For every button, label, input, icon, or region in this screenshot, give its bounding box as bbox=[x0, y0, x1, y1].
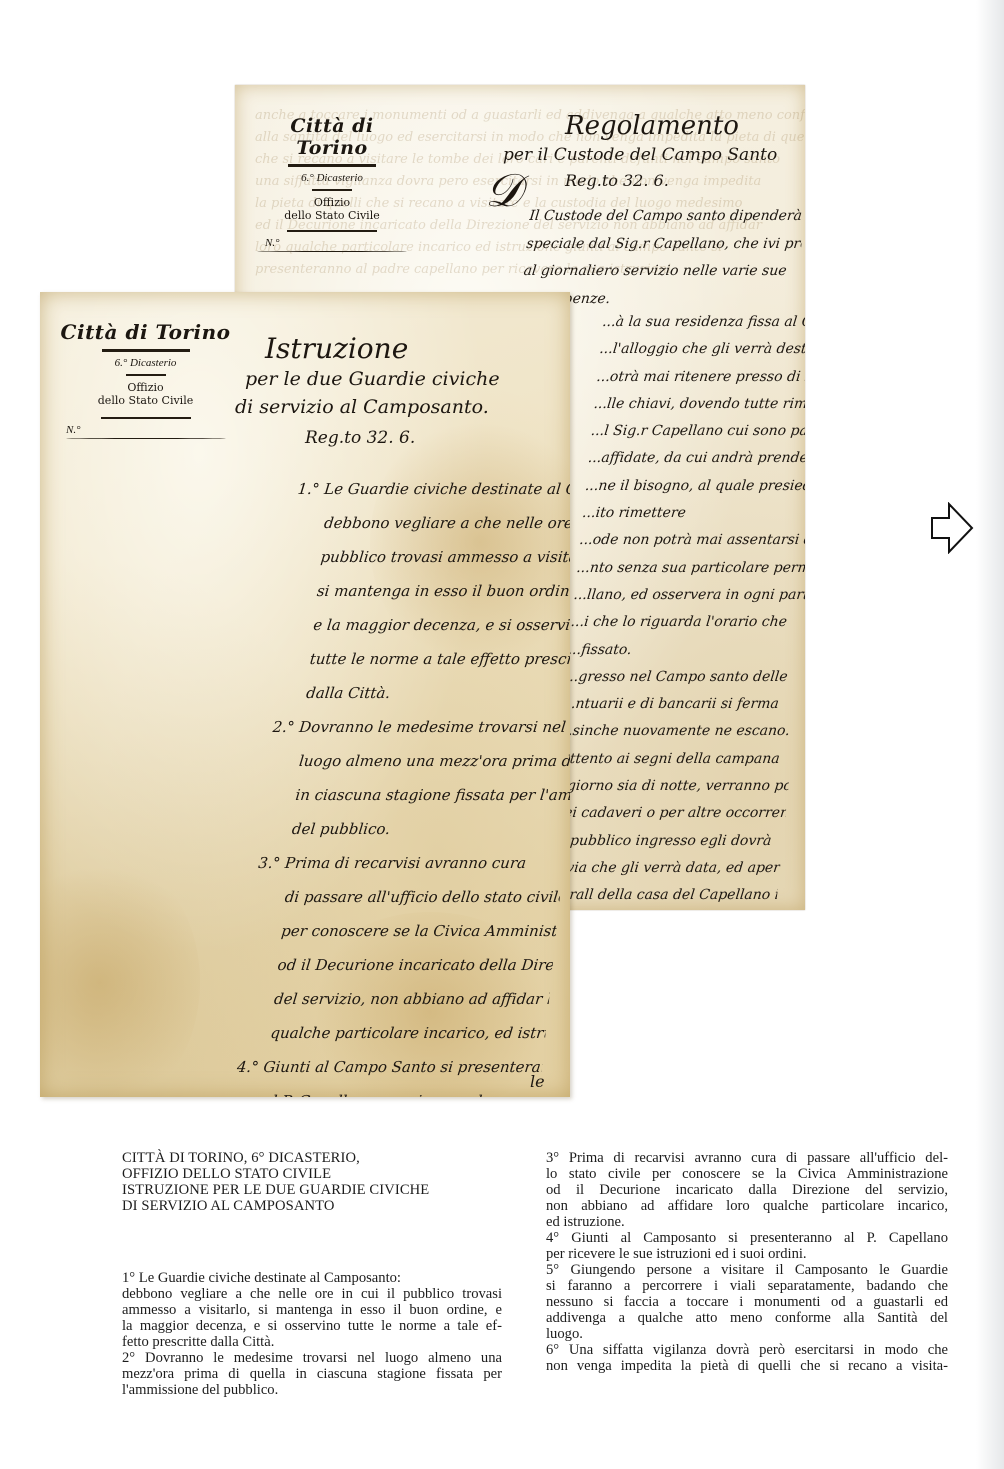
manuscript-line: qualche particolare incarico, ed istruzi… bbox=[239, 1016, 548, 1050]
caption-line: od il Decurione incaricato dalla Direzio… bbox=[546, 1182, 948, 1198]
manuscript-line: ...ei cadaveri o per altre occorrenze. bbox=[549, 800, 787, 827]
arrow-right-icon[interactable] bbox=[930, 502, 974, 554]
letterhead-city: Città di Torino bbox=[58, 320, 233, 344]
manuscript-subtitle-line2: di servizio al Camposanto. bbox=[235, 396, 489, 418]
letterhead-office-line1: Offizio bbox=[257, 196, 407, 209]
caption-line: mezz'ora prima di quella in ciascuna sta… bbox=[122, 1366, 502, 1382]
paper-stain bbox=[40, 852, 200, 1097]
letterhead-number-label: N.° bbox=[58, 424, 233, 436]
letterhead-rule bbox=[312, 189, 352, 191]
manuscript-line: ...à la sua residenza fissa al Campo bbox=[601, 309, 805, 336]
manuscript-line: debbono vegliare a che nelle ore in cui … bbox=[292, 506, 570, 540]
manuscript-subtitle: per il Custode del Campo Santo bbox=[503, 145, 777, 165]
letterhead-rule bbox=[101, 417, 191, 419]
manuscript-title: Regolamento bbox=[565, 111, 739, 141]
manuscript-line: ...giorno sia di notte, verranno portati bbox=[552, 773, 790, 800]
manuscript-line: Il Custode del Campo santo dipenderà in … bbox=[528, 203, 805, 231]
manuscript-line: di passare all'ufficio dello stato civil… bbox=[253, 880, 562, 914]
manuscript-line: ...ttento ai segni della campana bbox=[555, 746, 793, 773]
manuscript-line: ...l Sig.r Capellano cui sono partico- bbox=[589, 418, 805, 445]
manuscript-line: ...llano, ed osservera in ogni parte bbox=[572, 582, 805, 609]
letterhead-rule bbox=[257, 251, 407, 252]
letterhead-city: Città di Torino bbox=[257, 115, 407, 159]
manuscript-line: ...ito rimettere bbox=[581, 500, 805, 527]
manuscript-line: ...sinche nuovamente ne escano. bbox=[558, 718, 796, 745]
manuscript-line: ...otrà mai ritenere presso di se bbox=[595, 364, 805, 391]
manuscript-line: 3.° Prima di recarvisi avranno cura bbox=[257, 846, 566, 880]
manuscript-line: in ciascuna stagione fissata per l'ammis… bbox=[264, 778, 570, 812]
manuscript-line: ...ntuarii e di bancarii si ferma bbox=[561, 691, 799, 718]
caption-line: l'ammissione del pubblico. bbox=[122, 1382, 502, 1398]
caption-line: 3° Prima di recarvisi avranno cura di pa… bbox=[546, 1150, 948, 1166]
caption-line: 4° Giunti al Camposanto si presenteranno… bbox=[546, 1230, 948, 1246]
manuscript-line: tutte le norme a tale effetto prescritte bbox=[278, 642, 570, 676]
manuscript-line: per conoscere se la Civica Amministrazio… bbox=[249, 914, 558, 948]
manuscript-line: ...lle chiavi, dovendo tutte rimanere bbox=[592, 391, 805, 418]
letterhead-rule bbox=[102, 349, 190, 352]
manuscript-title: Istruzione bbox=[265, 332, 408, 365]
letterhead-office-line2: dello Stato Civile bbox=[257, 209, 407, 222]
manuscript-line: e la maggior decenza, e si osservino bbox=[282, 608, 570, 642]
manuscript-line: ...ode non potrà mai assentarsi dal bbox=[578, 527, 805, 554]
caption-line: ed istruzione. bbox=[546, 1214, 948, 1230]
manuscript-line: ...nto senza sua particolare permissione bbox=[575, 555, 805, 582]
caption-line: nessuno si faccia a toccare i monumenti … bbox=[546, 1294, 948, 1310]
manuscript-line: pubblico trovasi ammesso a visitarlo, bbox=[289, 540, 570, 574]
caption-line: luogo. bbox=[546, 1326, 948, 1342]
letterhead-rule bbox=[66, 438, 226, 439]
manuscript-line: ...l pubblico ingresso egli dovrà bbox=[546, 828, 784, 855]
caption-line: si faranno a percorrere i viali separata… bbox=[546, 1278, 948, 1294]
letterhead-department: 6.° Dicasterio bbox=[58, 357, 233, 369]
manuscript-reference: Reg.to 32. 6. bbox=[565, 171, 669, 190]
caption-line: addivenga a qualche atto meno conforme a… bbox=[546, 1310, 948, 1326]
manuscript-line: ...fissato. bbox=[566, 637, 804, 664]
manuscript-line: al P. Capellano per ricevere le sue bbox=[232, 1084, 541, 1097]
caption-heading-line: ISTRUZIONE PER LE DUE GUARDIE CIVICHE bbox=[122, 1182, 502, 1198]
caption-line: fetto prescritte dalla Città. bbox=[122, 1334, 502, 1350]
caption-line: 5° Giungendo persone a visitare il Campo… bbox=[546, 1262, 948, 1278]
manuscript-istruzione: Città di Torino 6.° Dicasterio Offizio d… bbox=[40, 292, 570, 1097]
manuscript-line: luogo almeno una mezz'ora prima di quell… bbox=[267, 744, 570, 778]
manuscript-line: ...terall della casa del Capellano ivi bbox=[541, 882, 779, 909]
manuscript-line: dalla Città. bbox=[275, 676, 570, 710]
page-gutter-shadow bbox=[976, 0, 1004, 1469]
letterhead-department: 6.° Dicasterio bbox=[257, 172, 407, 184]
manuscript-line: ...l'alloggio che gli verrà destinato. bbox=[598, 336, 805, 363]
manuscript-line: del servizio, non abbiano ad affidar lor… bbox=[242, 982, 551, 1016]
letterhead-back: Città di Torino 6.° Dicasterio Offizio d… bbox=[257, 115, 407, 252]
letterhead-office-line2: dello Stato Civile bbox=[58, 394, 233, 407]
caption-line: non venga impedita la pietà di quelli ch… bbox=[546, 1358, 948, 1374]
caption-line: ammesso a visitarlo, si mantenga in esso… bbox=[122, 1302, 502, 1318]
caption-left-column: CITTÀ DI TORINO, 6° DICASTERIO, OFFIZIO … bbox=[122, 1150, 502, 1398]
manuscript-line: ...vvia che gli verrà data, ed aperto bbox=[543, 855, 781, 882]
manuscript-line: 2.° Dovranno le medesime trovarsi nel bbox=[271, 710, 570, 744]
manuscript-body: 1.° Le Guardie civiche destinate al Camp… bbox=[224, 472, 570, 1097]
manuscript-line: ...i che lo riguarda l'orario che bbox=[569, 609, 805, 636]
caption-line: per ricevere le sue istruzioni ed i suoi… bbox=[546, 1246, 948, 1262]
manuscript-line: al giornaliero servizio nelle varie sue bbox=[522, 258, 800, 286]
letterhead-rule bbox=[287, 230, 377, 232]
caption-line: 1° Le Guardie civiche destinate al Campo… bbox=[122, 1270, 502, 1286]
letterhead-number-label: N.° bbox=[257, 237, 407, 249]
caption-heading-line: CITTÀ DI TORINO, 6° DICASTERIO, bbox=[122, 1150, 502, 1166]
manuscript-catchword: le bbox=[530, 1072, 545, 1091]
letterhead-office-line1: Offizio bbox=[58, 381, 233, 394]
manuscript-line: od il Decurione incaricato della Direzio… bbox=[246, 948, 555, 982]
caption-line: la maggior decenza, e si osservino tutte… bbox=[122, 1318, 502, 1334]
manuscript-line: ...gresso nel Campo santo delle bbox=[564, 664, 802, 691]
caption-heading-line: OFFIZIO DELLO STATO CIVILE bbox=[122, 1166, 502, 1182]
caption-line: non abbiano ad affidare loro qualche par… bbox=[546, 1198, 948, 1214]
manuscript-line: del pubblico. bbox=[260, 812, 569, 846]
caption-left-body: 1° Le Guardie civiche destinate al Campo… bbox=[122, 1270, 502, 1398]
letterhead-rule bbox=[126, 374, 166, 376]
manuscript-subtitle-line1: per le due Guardie civiche bbox=[245, 368, 500, 390]
letterhead-rule bbox=[288, 164, 376, 167]
manuscript-initial: 𝒟 bbox=[485, 167, 522, 213]
caption-line: debbono vegliare a che nelle ore in cui … bbox=[122, 1286, 502, 1302]
caption-heading: CITTÀ DI TORINO, 6° DICASTERIO, OFFIZIO … bbox=[122, 1150, 502, 1214]
manuscript-line: 1.° Le Guardie civiche destinate al Camp… bbox=[296, 472, 570, 506]
caption-line: 2° Dovranno le medesime trovarsi nel luo… bbox=[122, 1350, 502, 1366]
manuscript-line: 4.° Giunti al Campo Santo si presenteran… bbox=[235, 1050, 544, 1084]
caption-line: 6° Una siffatta vigilanza dovrà però ese… bbox=[546, 1342, 948, 1358]
manuscript-line: ...affidate, da cui andrà prenderle bbox=[587, 445, 805, 472]
manuscript-line: si mantenga in esso il buon ordine bbox=[285, 574, 570, 608]
caption-heading-line: DI SERVIZIO AL CAMPOSANTO bbox=[122, 1198, 502, 1214]
manuscript-line: ...ne il bisogno, al quale presiede bbox=[584, 473, 805, 500]
manuscript-line: speciale dal Sig.r Capellano, che ivi pr… bbox=[525, 231, 803, 259]
caption-spacer bbox=[122, 1214, 502, 1268]
caption-line: lo stato civile per conoscere se la Civi… bbox=[546, 1166, 948, 1182]
letterhead-front: Città di Torino 6.° Dicasterio Offizio d… bbox=[58, 320, 233, 439]
caption-right-column: 3° Prima di recarvisi avranno cura di pa… bbox=[546, 1150, 948, 1374]
manuscript-reference: Reg.to 32. 6. bbox=[305, 428, 415, 448]
